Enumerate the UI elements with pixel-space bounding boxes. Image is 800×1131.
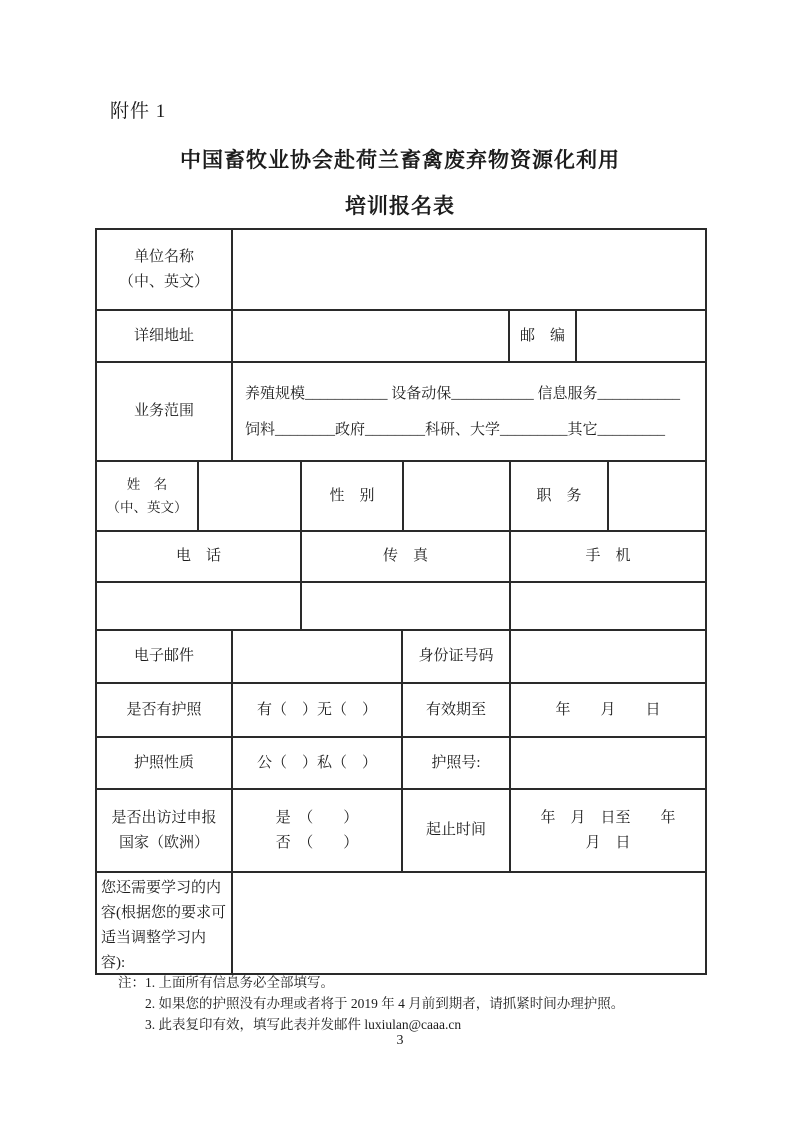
unit-name-label: 单位名称 （中、英文） — [97, 230, 231, 309]
mobile-header: 手 机 — [509, 532, 705, 581]
mobile-input[interactable] — [509, 583, 705, 629]
gender-input[interactable] — [402, 462, 509, 530]
row-study-content: 您还需要学习的内容(根据您的要求可适当调整学习内容): — [97, 871, 705, 973]
address-input[interactable] — [231, 311, 508, 361]
passport-type-label: 护照性质 — [97, 738, 231, 788]
document-page: 附件 1 中国畜牧业协会赴荷兰畜禽废弃物资源化利用 培训报名表 单位名称 （中、… — [0, 0, 800, 1131]
address-label: 详细地址 — [97, 311, 231, 361]
note-line-2: 2. 如果您的护照没有办理或者将于 2019 年 4 月前到期者，请抓紧时间办理… — [118, 993, 624, 1014]
postcode-label: 邮 编 — [508, 311, 575, 361]
name-label: 姓 名 （中、英文） — [97, 462, 197, 530]
row-has-passport: 是否有护照 有（ ）无（ ） 有效期至 年 月 日 — [97, 682, 705, 736]
attachment-label: 附件 1 — [110, 96, 166, 123]
postcode-input[interactable] — [575, 311, 705, 361]
visited-options[interactable]: 是 （ ） 否 （ ） — [231, 790, 401, 871]
row-email-id: 电子邮件 身份证号码 — [97, 629, 705, 682]
row-person: 姓 名 （中、英文） 性 别 职 务 — [97, 460, 705, 530]
row-visited: 是否出访过申报 国家（欧洲） 是 （ ） 否 （ ） 起止时间 年 月 日至 年… — [97, 788, 705, 871]
page-number: 3 — [0, 1033, 800, 1049]
passport-number-input[interactable] — [509, 738, 705, 788]
name-input[interactable] — [197, 462, 300, 530]
id-number-label: 身份证号码 — [401, 631, 509, 682]
row-contact-values — [97, 581, 705, 629]
period-label: 起止时间 — [401, 790, 509, 871]
period-input[interactable]: 年 月 日至 年 月 日 — [509, 790, 705, 871]
email-label: 电子邮件 — [97, 631, 231, 682]
passport-number-label: 护照号: — [401, 738, 509, 788]
row-unit-name: 单位名称 （中、英文） — [97, 230, 705, 309]
has-passport-options[interactable]: 有（ ）无（ ） — [231, 684, 401, 736]
document-title-line1: 中国畜牧业协会赴荷兰畜禽废弃物资源化利用 — [0, 144, 800, 174]
unit-name-input[interactable] — [231, 230, 705, 309]
has-passport-label: 是否有护照 — [97, 684, 231, 736]
registration-form-table: 单位名称 （中、英文） 详细地址 邮 编 业务范围 养殖规模__________… — [95, 228, 707, 975]
study-content-label: 您还需要学习的内容(根据您的要求可适当调整学习内容): — [97, 873, 231, 973]
row-passport-type: 护照性质 公（ ）私（ ） 护照号: — [97, 736, 705, 788]
id-number-input[interactable] — [509, 631, 705, 682]
gender-label: 性 别 — [300, 462, 402, 530]
row-business-scope: 业务范围 养殖规模___________ 设备动保___________ 信息服… — [97, 361, 705, 460]
validity-label: 有效期至 — [401, 684, 509, 736]
business-scope-options[interactable]: 养殖规模___________ 设备动保___________ 信息服务____… — [231, 363, 705, 460]
business-scope-label: 业务范围 — [97, 363, 231, 460]
position-label: 职 务 — [509, 462, 607, 530]
email-input[interactable] — [231, 631, 401, 682]
phone-header: 电 话 — [97, 532, 300, 581]
fax-input[interactable] — [300, 583, 509, 629]
passport-type-options[interactable]: 公（ ）私（ ） — [231, 738, 401, 788]
phone-input[interactable] — [97, 583, 300, 629]
note-line-1: 注：1. 上面所有信息务必全部填写。 — [118, 972, 624, 993]
validity-input[interactable]: 年 月 日 — [509, 684, 705, 736]
row-contact-headers: 电 话 传 真 手 机 — [97, 530, 705, 581]
note-line-3: 3. 此表复印有效，填写此表并发邮件 luxiulan@caaa.cn — [118, 1014, 624, 1035]
document-title-line2: 培训报名表 — [0, 190, 800, 220]
visited-label: 是否出访过申报 国家（欧洲） — [97, 790, 231, 871]
position-input[interactable] — [607, 462, 705, 530]
row-address: 详细地址 邮 编 — [97, 309, 705, 361]
notes: 注：1. 上面所有信息务必全部填写。 2. 如果您的护照没有办理或者将于 201… — [118, 972, 624, 1035]
study-content-input[interactable] — [231, 873, 705, 973]
fax-header: 传 真 — [300, 532, 509, 581]
